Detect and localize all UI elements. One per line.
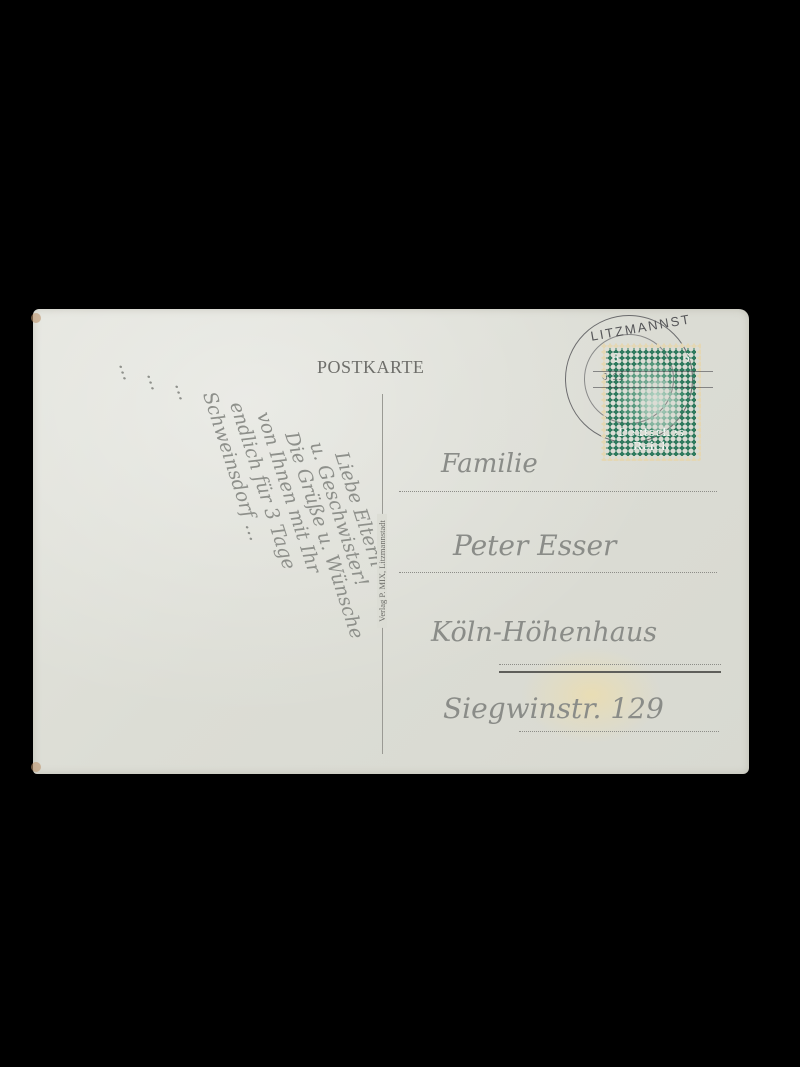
- address-dotted-line: [519, 731, 719, 732]
- stamp-medallion: [618, 362, 684, 432]
- address-line-2: Peter Esser: [453, 529, 616, 562]
- postage-stamp: 6 6 Deutsches Reich: [601, 343, 701, 461]
- message-line: ...: [114, 359, 141, 383]
- message-line: ...: [170, 379, 197, 403]
- cancel-bar: [593, 387, 713, 388]
- address-dotted-line: [399, 572, 717, 573]
- stamp-country: Deutsches Reich: [606, 425, 696, 453]
- address-line-4: Siegwinstr. 129: [443, 692, 664, 725]
- stamp-face: 6 6 Deutsches Reich: [606, 348, 696, 456]
- message-line: ...: [142, 369, 169, 393]
- corner-wear: [31, 762, 41, 772]
- address-dotted-line: [399, 491, 717, 492]
- address-dotted-line: [499, 664, 721, 665]
- stamp-value: 6: [683, 350, 690, 365]
- postcard: POSTKARTE Liebe Eltern u. Geschwister! D…: [33, 309, 749, 774]
- handwritten-message: Liebe Eltern u. Geschwister! Die Grüße u…: [51, 369, 371, 769]
- corner-wear: [31, 313, 41, 323]
- publisher-imprint: Verlag P. MIX, Litzmannstadt: [377, 514, 387, 628]
- cancel-bar: [593, 371, 713, 372]
- address-line-3: Köln-Höhenhaus: [431, 617, 657, 648]
- stamp-value: 6: [612, 350, 619, 365]
- address-line-1: Familie: [441, 449, 538, 479]
- city-underline: [499, 671, 721, 673]
